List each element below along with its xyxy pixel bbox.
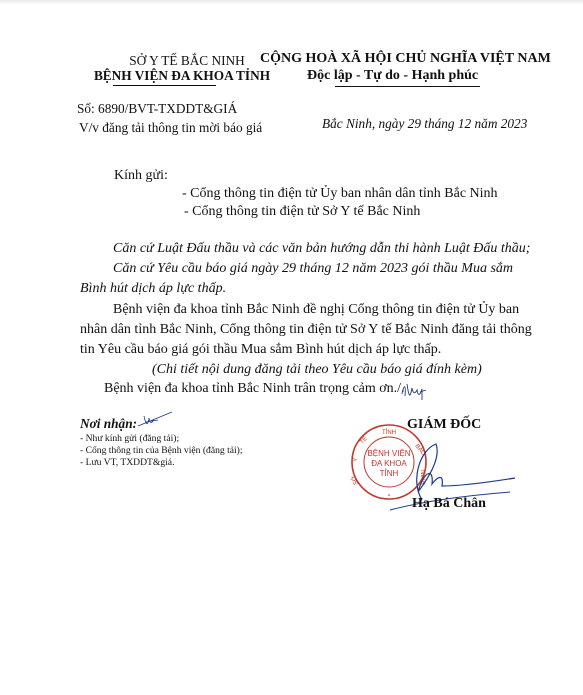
recipients-label: Kính gửi: — [114, 168, 168, 184]
svg-text:TỈNH: TỈNH — [382, 429, 396, 436]
initials-signature-icon — [400, 380, 430, 402]
distribution-item: - Như kính gửi (đăng tải); — [80, 433, 179, 444]
legal-basis-2: Căn cứ Yêu cầu báo giá ngày 29 tháng 12 … — [113, 261, 506, 277]
detail-note: (Chi tiết nội dung đăng tải theo Yêu cầu… — [152, 362, 482, 378]
recipient-item: - Cổng thông tin điện tử Sở Y tế Bắc Nin… — [184, 204, 420, 220]
recipient-item: - Cổng thông tin điện tử Ủy ban nhân dân… — [182, 186, 498, 202]
svg-text:SỞ: SỞ — [350, 475, 360, 486]
hospital-underline — [113, 85, 216, 86]
distribution-item: - Cổng thông tin của Bệnh viện (đăng tải… — [80, 445, 243, 456]
page-top-shadow — [0, 0, 583, 4]
legal-basis-1: Căn cứ Luật Đấu thầu và các văn bản hướn… — [113, 241, 530, 257]
request-paragraph-line: nhân dân tỉnh Bắc Ninh, Cổng thông tin đ… — [80, 322, 532, 338]
initial-mark-icon — [136, 410, 174, 430]
distribution-item: - Lưu VT, TXDDT&giá. — [80, 457, 174, 468]
request-paragraph-line: tin Yêu cầu báo giá gói thầu Mua sắm Bìn… — [80, 342, 441, 358]
distribution-label: Nơi nhận: — [80, 416, 137, 432]
motto-underline — [335, 86, 480, 87]
request-paragraph-line: Bệnh viện đa khoa tỉnh Bắc Ninh đề nghị … — [113, 302, 519, 318]
document-subject: V/v đăng tải thông tin mời báo giá — [79, 120, 262, 136]
hospital-name: BỆNH VIỆN ĐA KHOA TỈNH — [72, 68, 292, 84]
place-date: Bắc Ninh, ngày 29 tháng 12 năm 2023 — [322, 116, 527, 132]
national-motto: Độc lập - Tự do - Hạnh phúc — [307, 68, 478, 84]
legal-basis-2-cont: Bình hút dịch áp lực thấp. — [80, 281, 226, 297]
signatory-name: Hạ Bá Chân — [412, 496, 486, 512]
document-number: Số: 6890/BVT-TXDDT&GIÁ — [77, 101, 237, 117]
svg-text:Y: Y — [353, 458, 359, 463]
svg-text:TẾ: TẾ — [358, 435, 368, 445]
department-name: SỞ Y TẾ BẮC NINH — [92, 53, 282, 69]
thanks-line: Bệnh viện đa khoa tỉnh Bắc Ninh trân trọ… — [104, 381, 405, 397]
hospital-name-text: BỆNH VIỆN ĐA KHOA TỈNH — [94, 68, 270, 83]
nation-title: CỘNG HOÀ XÃ HỘI CHỦ NGHĨA VIỆT NAM — [260, 51, 551, 67]
